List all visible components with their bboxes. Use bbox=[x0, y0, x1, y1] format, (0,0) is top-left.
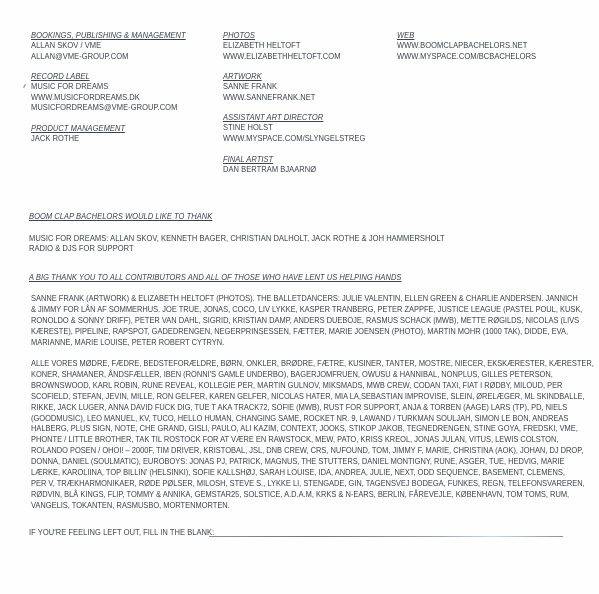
paragraph-line: ROLANDO POSEN / OHOI! – 2000F, TIM DRIVE… bbox=[31, 446, 584, 457]
credit-line: MUSICFORDREAMS@VME-GROUP.COM bbox=[31, 103, 177, 113]
credit-line: ALLAN@VME-GROUP.COM bbox=[31, 52, 186, 62]
credit-heading: WEB bbox=[397, 31, 536, 41]
big-thanks-paragraph-1: SANNE FRANK (ARTWORK) & ELIZABETH HELTOF… bbox=[31, 294, 584, 349]
credit-heading: PRODUCT MANAGEMENT bbox=[31, 124, 125, 134]
thanks-heading: BOOM CLAP BACHELORS WOULD LIKE TO THANK bbox=[29, 212, 212, 222]
paragraph-line: DONNA, DANIEL (SOULMATIC), EUROBOYS: JON… bbox=[31, 457, 584, 468]
paragraph-line: KONER, SHAMANER, ÅNDSFÆLLER, IBEN (RONNI… bbox=[31, 370, 584, 381]
paragraph-line: RØDVIN, BLÅ KINGS, FLIP, TOMMY & ANNIKA,… bbox=[31, 490, 584, 501]
paragraph-line: SCOFIELD, STEFAN, JEVIN, MILLE, RON GELF… bbox=[31, 392, 584, 403]
credit-line: WWW.MYSPACE.COM/SLYNGELSTREG bbox=[223, 134, 365, 144]
credit-line: MUSIC FOR DREAMS bbox=[31, 82, 177, 92]
paragraph-line: (GOODMUSIC), LEO MANUEL, KV, TUCO, HELLO… bbox=[31, 414, 584, 425]
big-thanks-heading-block: A BIG THANK YOU TO ALL CONTRIBUTORS AND … bbox=[29, 273, 402, 283]
credit-artwork: ARTWORK SANNE FRANK WWW.SANNEFRANK.NET bbox=[223, 72, 315, 103]
credit-bookings: BOOKINGS, PUBLISHING & MANAGEMENT ALLAN … bbox=[31, 31, 186, 62]
paragraph-line: RIKKE, JACK LUGER, ANNA DAVID FUCK DIG, … bbox=[31, 403, 584, 414]
paragraph-line: ALLE VORES MØDRE, FÆDRE, BEDSTEFORÆLDRE,… bbox=[31, 359, 584, 370]
credit-heading: BOOKINGS, PUBLISHING & MANAGEMENT bbox=[31, 31, 186, 41]
paragraph-line: VANGELIS, TOKANTEN, RASMUSBO, MORTENMORT… bbox=[31, 501, 584, 512]
thanks-heading-block: BOOM CLAP BACHELORS WOULD LIKE TO THANK bbox=[29, 212, 212, 222]
paragraph-line: PHONTE / LITTLE BROTHER, TAK TIL ROSTOCK… bbox=[31, 435, 584, 446]
credit-line: WWW.BOOMCLAPBACHELORS.NET bbox=[397, 41, 536, 51]
credit-line: ELIZABETH HELTOFT bbox=[223, 41, 341, 51]
paragraph-line: KÆRESTE), PIPELINE, RAPSPOT, GADEDRENGEN… bbox=[31, 327, 584, 338]
paragraph-line: RONOLDO & SONNY DRIFF), PETER VAN DAHL, … bbox=[31, 316, 584, 327]
credit-heading: RECORD LABEL bbox=[31, 72, 177, 82]
credit-heading: ARTWORK bbox=[223, 72, 315, 82]
paragraph-line: PER V, TRÆKHARMONIKAER, RØDE PØLSER, MIL… bbox=[31, 479, 584, 490]
thanks-line: RADIO & DJS FOR SUPPORT bbox=[29, 244, 445, 254]
paragraph-line: & JIMMY FOR LÅN AF SOMMERHUS. JOE TRUE, … bbox=[31, 305, 584, 316]
scan-mark bbox=[23, 84, 26, 88]
credit-heading: FINAL ARTIST bbox=[223, 155, 316, 165]
credit-line: WWW.SANNEFRANK.NET bbox=[223, 93, 315, 103]
credit-photos: PHOTOS ELIZABETH HELTOFT WWW.ELIZABETHHE… bbox=[223, 31, 341, 62]
paragraph-line: BROWNSWOOD, KARL ROBIN, RUNE REVEAL, KOL… bbox=[31, 381, 584, 392]
big-thanks-paragraph-2: ALLE VORES MØDRE, FÆDRE, BEDSTEFORÆLDRE,… bbox=[31, 359, 584, 512]
thanks-lines: MUSIC FOR DREAMS: ALLAN SKOV, KENNETH BA… bbox=[29, 234, 445, 255]
fill-in-blank-line bbox=[209, 536, 563, 537]
credit-product-management: PRODUCT MANAGEMENT JACK ROTHE bbox=[31, 124, 125, 145]
paragraph-line: SANNE FRANK (ARTWORK) & ELIZABETH HELTOF… bbox=[31, 294, 584, 305]
credit-line: STINE HOLST bbox=[223, 123, 365, 133]
thanks-line: MUSIC FOR DREAMS: ALLAN SKOV, KENNETH BA… bbox=[29, 234, 445, 244]
credit-line: WWW.MUSICFORDREAMS.DK bbox=[31, 93, 177, 103]
credit-line: WWW.ELIZABETHHELTOFT.COM bbox=[223, 52, 341, 62]
credit-line: ALLAN SKOV / VME bbox=[31, 41, 186, 51]
credit-heading: ASSISTANT ART DIRECTOR bbox=[223, 113, 365, 123]
big-thanks-heading: A BIG THANK YOU TO ALL CONTRIBUTORS AND … bbox=[29, 273, 402, 283]
credit-assistant-art-director: ASSISTANT ART DIRECTOR STINE HOLST WWW.M… bbox=[223, 113, 365, 144]
paragraph-line: LÆRKE, KAROLIINA, TOP BILLIN' (HELSINKI)… bbox=[31, 468, 584, 479]
credit-line: WWW.MYSPACE.COM/BCBACHELORS bbox=[397, 52, 536, 62]
paragraph-line: HALBERG, PLUS SIGN, NOTE, CHE GRAND, GIS… bbox=[31, 424, 584, 435]
credit-line: JACK ROTHE bbox=[31, 134, 125, 144]
credit-final-artist: FINAL ARTIST DAN BERTRAM BJAARNØ bbox=[223, 155, 316, 176]
credit-record-label: RECORD LABEL MUSIC FOR DREAMS WWW.MUSICF… bbox=[31, 72, 177, 114]
credit-line: SANNE FRANK bbox=[223, 82, 315, 92]
credit-line: DAN BERTRAM BJAARNØ bbox=[223, 165, 316, 175]
fill-in-label: IF YOU'RE FEELING LEFT OUT, FILL IN THE … bbox=[29, 528, 214, 538]
fill-in-label-block: IF YOU'RE FEELING LEFT OUT, FILL IN THE … bbox=[29, 528, 214, 538]
paragraph-line: MARIANNE, MARIE LOUISE, PETER ROBERT CYT… bbox=[31, 338, 584, 349]
booklet-page: BOOKINGS, PUBLISHING & MANAGEMENT ALLAN … bbox=[0, 0, 599, 594]
credit-heading: PHOTOS bbox=[223, 31, 341, 41]
credit-web: WEB WWW.BOOMCLAPBACHELORS.NET WWW.MYSPAC… bbox=[397, 31, 536, 62]
